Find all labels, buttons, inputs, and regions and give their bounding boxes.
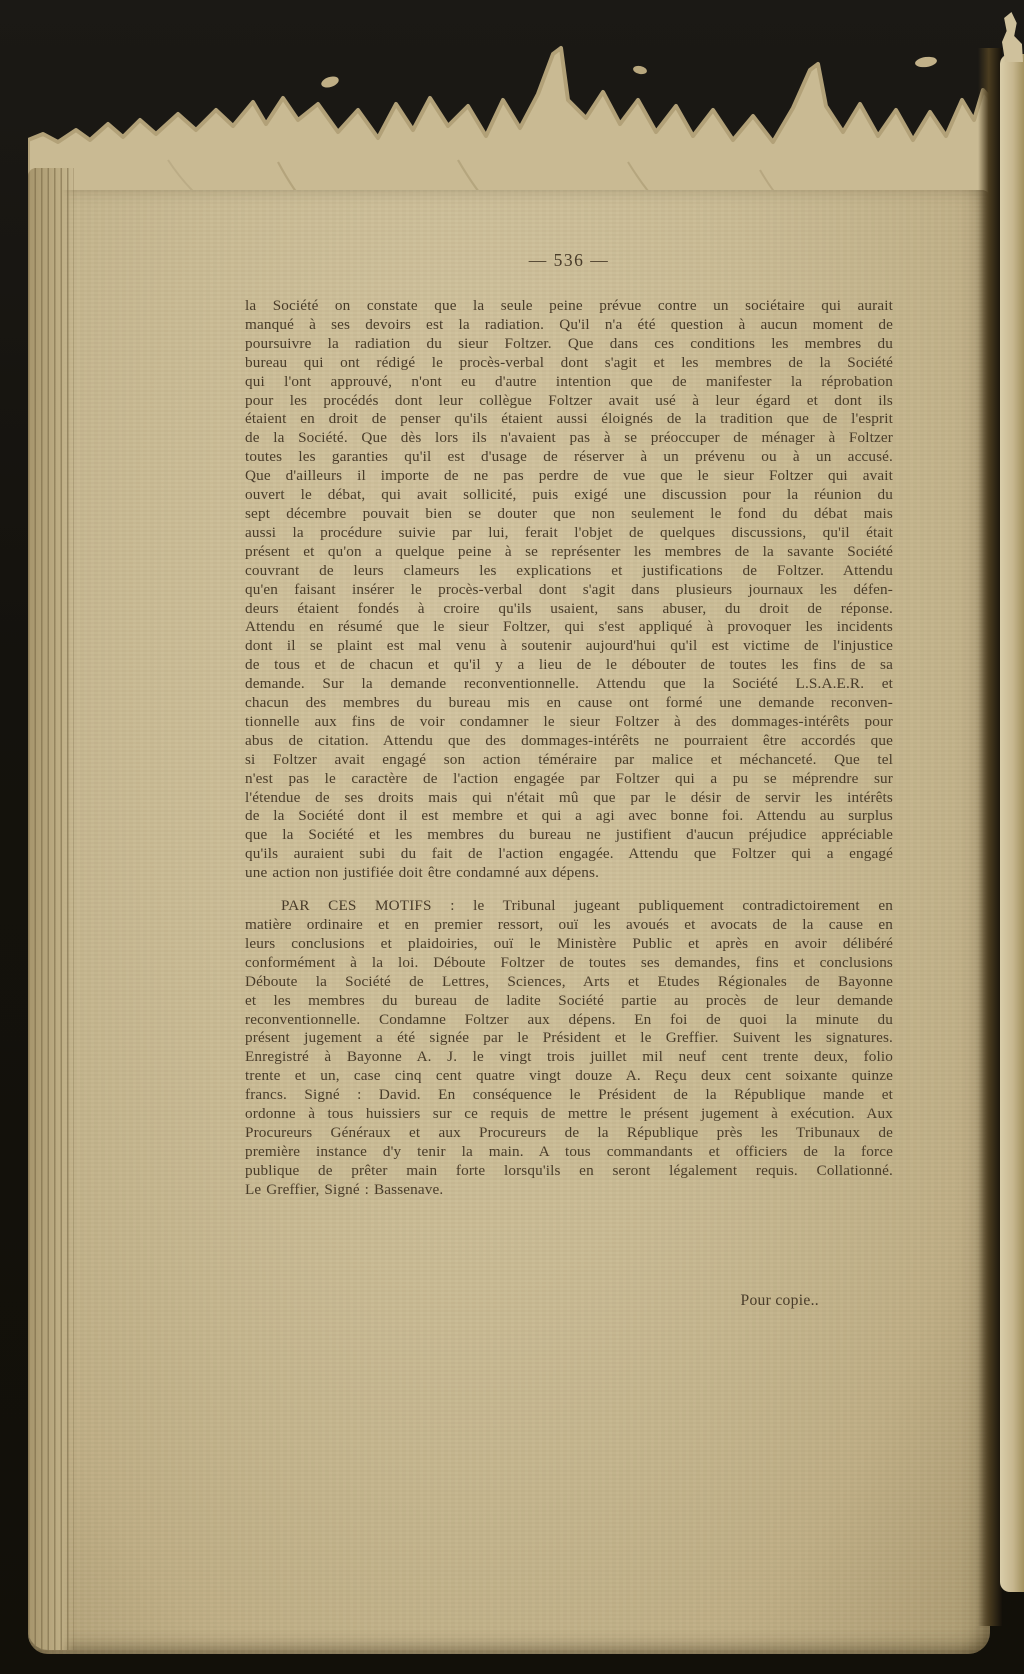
text-line: la Société on constate que la seule pein…	[245, 297, 893, 316]
text-line: Déboute la Société de Lettres, Sciences,…	[245, 973, 893, 992]
text-line: que la Société et les membres du bureau …	[245, 826, 893, 845]
text-line: demande. Sur la demande reconventionnell…	[245, 675, 893, 694]
page-number: — 536 —	[245, 250, 893, 271]
closing-note: Pour copie..	[245, 1292, 893, 1310]
text-line: première instance d'y tenir la main. A t…	[245, 1143, 893, 1162]
text-line: de la Société dont il est membre et qui …	[245, 807, 893, 826]
paragraph-judgment: la Société on constate que la seule pein…	[245, 297, 893, 883]
text-line: Le Greffier, Signé : Bassenave.	[245, 1181, 893, 1200]
text-line: chacun des membres du bureau mis en caus…	[245, 694, 893, 713]
text-line: l'étendue de ses droits mais qui n'était…	[245, 789, 893, 808]
book-page: — 536 — la Société on constate que la se…	[28, 40, 990, 1654]
text-line: et les membres du bureau de ladite Socié…	[245, 992, 893, 1011]
text-line: aussi la procédure suivie par lui, ferai…	[245, 524, 893, 543]
text-line: qui l'ont approuvé, n'ont eu d'autre int…	[245, 373, 893, 392]
next-page-edge	[1000, 54, 1024, 1592]
paragraph-par-ces-motifs: PAR CES MOTIFS : le Tribunal jugeant pub…	[245, 897, 893, 1200]
text-line: pour les procédés dont leur collègue Fol…	[245, 392, 893, 411]
text-line: reconventionnelle. Condamne Foltzer aux …	[245, 1011, 893, 1030]
gutter-shadow	[978, 48, 1002, 1626]
text-line: sept décembre pouvait bien se douter que…	[245, 505, 893, 524]
text-line: couvrant de leurs clameurs les explicati…	[245, 562, 893, 581]
text-line: n'est pas le caractère de l'action engag…	[245, 770, 893, 789]
text-line: bureau qui ont rédigé le procès-verbal d…	[245, 354, 893, 373]
text-line: PAR CES MOTIFS : le Tribunal jugeant pub…	[245, 897, 893, 916]
text-line: qu'ils auraient subi du fait de l'action…	[245, 845, 893, 864]
text-line: Attendu en résumé que le sieur Foltzer, …	[245, 618, 893, 637]
text-line: Enregistré à Bayonne A. J. le vingt troi…	[245, 1048, 893, 1067]
text-line: deurs étaient fondés à croire qu'ils usa…	[245, 600, 893, 619]
text-line: ouvert le débat, qui avait sollicité, pu…	[245, 486, 893, 505]
text-line: qu'en faisant insérer le procès-verbal d…	[245, 581, 893, 600]
text-line: étaient en droit de penser qu'ils étaien…	[245, 410, 893, 429]
text-line: tionnelle aux fins de voir condamner le …	[245, 713, 893, 732]
text-line: leurs conclusions et plaidoiries, ouï le…	[245, 935, 893, 954]
page-content: — 536 — la Société on constate que la se…	[245, 250, 893, 1310]
text-line: une action non justifiée doit être conda…	[245, 864, 893, 883]
text-line: conformément à la loi. Déboute Foltzer d…	[245, 954, 893, 973]
text-line: de la Société. Que dès lors ils n'avaien…	[245, 429, 893, 448]
text-line: ordonne à tous huissiers sur ce requis d…	[245, 1105, 893, 1124]
text-line: Procureurs Généraux et aux Procureurs de…	[245, 1124, 893, 1143]
text-line: francs. Signé : David. En conséquence le…	[245, 1086, 893, 1105]
text-line: présent et qu'on a quelque peine à se re…	[245, 543, 893, 562]
text-line: publique de prêter main forte lorsqu'ils…	[245, 1162, 893, 1181]
text-line: de tous et de chacun et qu'il y a lieu d…	[245, 656, 893, 675]
text-line: trente et un, case cinq cent quatre ving…	[245, 1067, 893, 1086]
text-line: présent jugement a été signée par le Pré…	[245, 1029, 893, 1048]
text-line: poursuivre la radiation du sieur Foltzer…	[245, 335, 893, 354]
text-line: abus de citation. Attendu que des dommag…	[245, 732, 893, 751]
page-stack-edge	[28, 168, 74, 1650]
text-line: matière ordinaire et en premier ressort,…	[245, 916, 893, 935]
text-line: dont il se plaint est mal venu à souteni…	[245, 637, 893, 656]
torn-paper-edge	[28, 40, 990, 210]
torn-edge-graphic	[28, 40, 990, 210]
text-line: manqué à ses devoirs est la radiation. Q…	[245, 316, 893, 335]
text-line: si Foltzer avait engagé son action témér…	[245, 751, 893, 770]
text-line: toutes les garanties qu'il est d'usage d…	[245, 448, 893, 467]
text-line: Que d'ailleurs il importe de ne pas perd…	[245, 467, 893, 486]
